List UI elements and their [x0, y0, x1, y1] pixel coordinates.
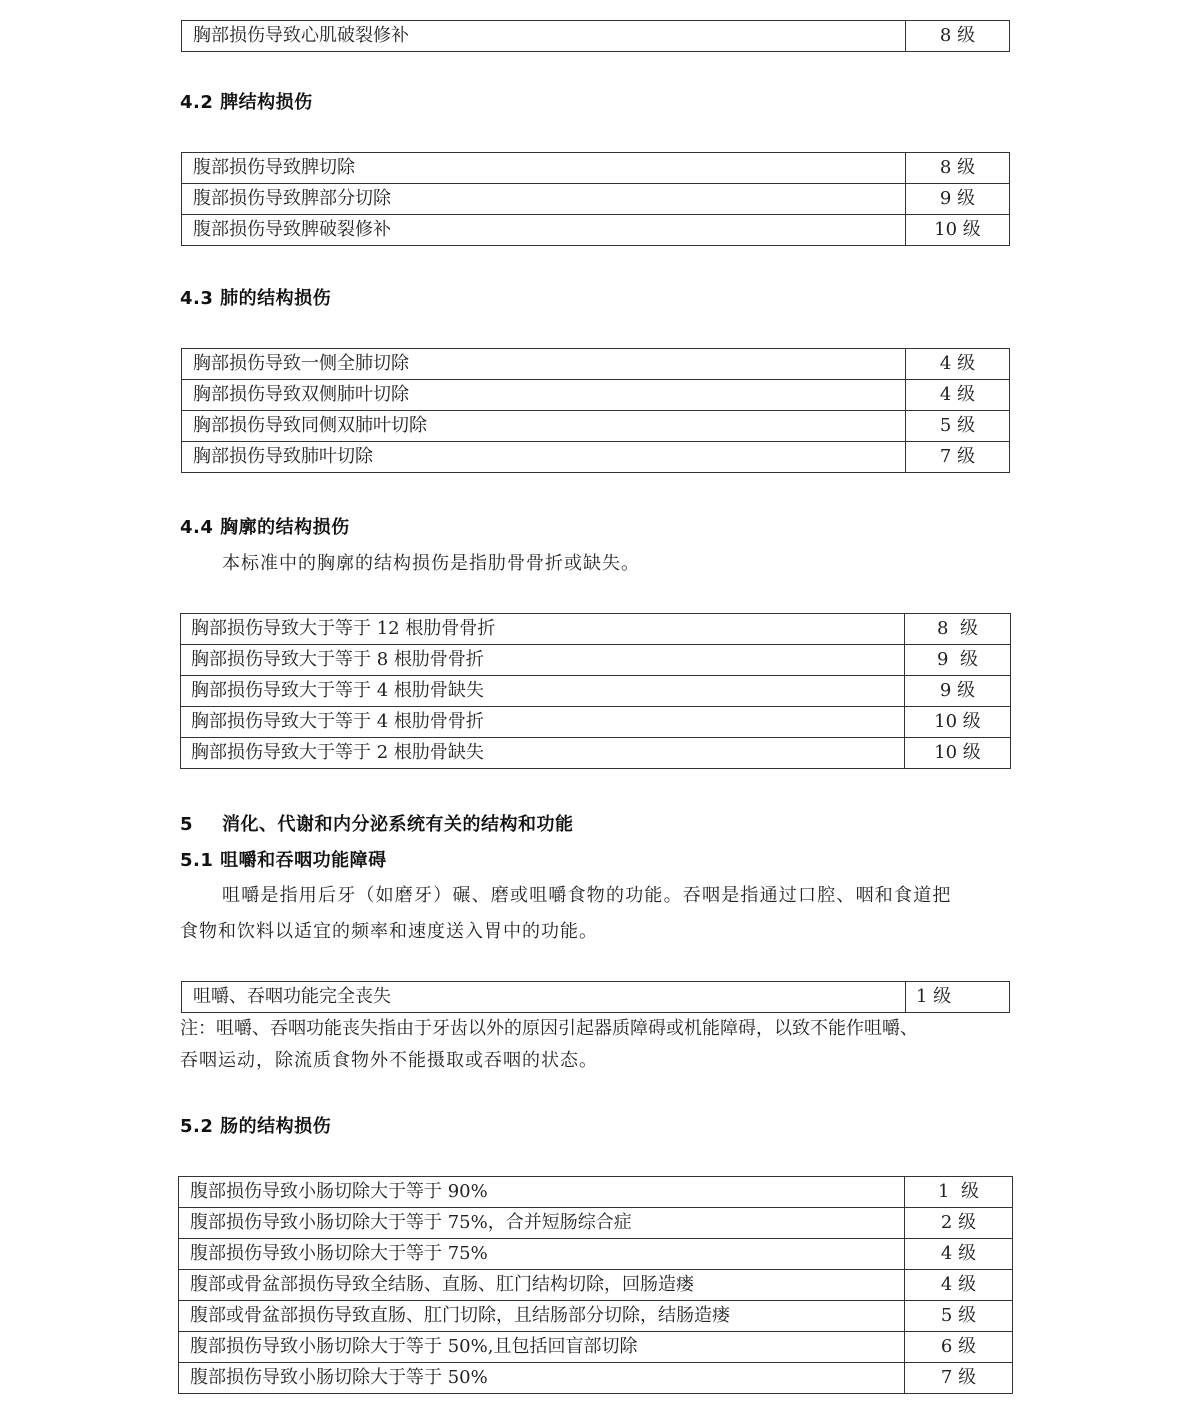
disability-grade: 6 级	[905, 1332, 1013, 1363]
table-row: 咀嚼、吞咽功能完全丧失 1 级	[182, 982, 1010, 1013]
table-row: 胸部损伤导致心肌破裂修补 8 级	[182, 21, 1010, 52]
disability-grade: 10 级	[905, 738, 1011, 769]
section-heading-5-2: 5.2 肠的结构损伤	[180, 1115, 331, 1139]
table-row: 胸部损伤导致大于等于 2 根肋骨缺失 10 级	[181, 738, 1011, 769]
disability-grade: 1 级	[905, 1177, 1013, 1208]
injury-description: 腹部损伤导致脾破裂修补	[182, 215, 906, 246]
table-row: 腹部损伤导致小肠切除大于等于 75%，合并短肠综合症 2 级	[179, 1208, 1013, 1239]
thorax-injury-table: 胸部损伤导致大于等于 12 根肋骨骨折 8 级 胸部损伤导致大于等于 8 根肋骨…	[180, 613, 1011, 769]
table-row: 胸部损伤导致大于等于 4 根肋骨骨折 10 级	[181, 707, 1011, 738]
disability-grade: 10 级	[906, 215, 1010, 246]
disability-grade: 10 级	[905, 707, 1011, 738]
chewing-swallowing-table: 咀嚼、吞咽功能完全丧失 1 级	[181, 981, 1010, 1013]
disability-grade: 4 级	[905, 1270, 1013, 1301]
section-heading-5: 消化、代谢和内分泌系统有关的结构和功能	[222, 813, 574, 837]
injury-description: 胸部损伤导致心肌破裂修补	[182, 21, 906, 52]
disability-grade: 2 级	[905, 1208, 1013, 1239]
injury-description: 腹部或骨盆部损伤导致直肠、肛门切除，且结肠部分切除，结肠造瘘	[179, 1301, 905, 1332]
intestine-injury-table: 腹部损伤导致小肠切除大于等于 90% 1 级 腹部损伤导致小肠切除大于等于 75…	[178, 1176, 1013, 1394]
section-heading-4-2: 4.2 脾结构损伤	[180, 91, 313, 115]
spleen-injury-table: 腹部损伤导致脾切除 8 级 腹部损伤导致脾部分切除 9 级 腹部损伤导致脾破裂修…	[181, 152, 1010, 246]
injury-description: 腹部损伤导致小肠切除大于等于 75%	[179, 1239, 905, 1270]
disability-grade: 9 级	[906, 184, 1010, 215]
table-row: 腹部或骨盆部损伤导致全结肠、直肠、肛门结构切除，回肠造瘘 4 级	[179, 1270, 1013, 1301]
disability-grade: 7 级	[906, 442, 1010, 473]
disability-grade: 8 级	[906, 21, 1010, 52]
section-intro-5-1-line1: 咀嚼是指用后牙（如磨牙）碾、磨或咀嚼食物的功能。吞咽是指通过口腔、咽和食道把	[222, 878, 952, 914]
injury-description: 腹部损伤导致小肠切除大于等于 50%	[179, 1363, 905, 1394]
disability-grade: 1 级	[906, 982, 1010, 1013]
table-row: 胸部损伤导致双侧肺叶切除 4 级	[182, 380, 1010, 411]
injury-description: 胸部损伤导致一侧全肺切除	[182, 349, 906, 380]
heart-injury-table: 胸部损伤导致心肌破裂修补 8 级	[181, 20, 1010, 52]
injury-description: 腹部或骨盆部损伤导致全结肠、直肠、肛门结构切除，回肠造瘘	[179, 1270, 905, 1301]
section-number-5: 5	[180, 813, 193, 837]
table-row: 胸部损伤导致大于等于 8 根肋骨骨折 9 级	[181, 645, 1011, 676]
section-heading-4-3: 4.3 肺的结构损伤	[180, 287, 331, 311]
section-heading-4-4: 4.4 胸廓的结构损伤	[180, 516, 350, 540]
note-line2: 吞咽运动，除流质食物外不能摄取或吞咽的状态。	[180, 1043, 598, 1079]
injury-description: 胸部损伤导致大于等于 12 根肋骨骨折	[181, 614, 905, 645]
disability-grade: 5 级	[905, 1301, 1013, 1332]
injury-description: 腹部损伤导致脾部分切除	[182, 184, 906, 215]
injury-description: 胸部损伤导致同侧双肺叶切除	[182, 411, 906, 442]
injury-description: 胸部损伤导致双侧肺叶切除	[182, 380, 906, 411]
table-row: 胸部损伤导致大于等于 4 根肋骨缺失 9 级	[181, 676, 1011, 707]
injury-description: 胸部损伤导致大于等于 2 根肋骨缺失	[181, 738, 905, 769]
section-intro-5-1-line2: 食物和饮料以适宜的频率和速度送入胃中的功能。	[180, 914, 598, 950]
table-row: 腹部损伤导致脾部分切除 9 级	[182, 184, 1010, 215]
injury-description: 腹部损伤导致小肠切除大于等于 75%，合并短肠综合症	[179, 1208, 905, 1239]
table-row: 胸部损伤导致肺叶切除 7 级	[182, 442, 1010, 473]
table-row: 腹部或骨盆部损伤导致直肠、肛门切除，且结肠部分切除，结肠造瘘 5 级	[179, 1301, 1013, 1332]
injury-description: 腹部损伤导致脾切除	[182, 153, 906, 184]
lung-injury-table: 胸部损伤导致一侧全肺切除 4 级 胸部损伤导致双侧肺叶切除 4 级 胸部损伤导致…	[181, 348, 1010, 473]
injury-description: 胸部损伤导致大于等于 4 根肋骨骨折	[181, 707, 905, 738]
table-row: 胸部损伤导致一侧全肺切除 4 级	[182, 349, 1010, 380]
disability-grade: 9 级	[905, 645, 1011, 676]
table-row: 腹部损伤导致脾破裂修补 10 级	[182, 215, 1010, 246]
disability-grade: 5 级	[906, 411, 1010, 442]
injury-description: 腹部损伤导致小肠切除大于等于 90%	[179, 1177, 905, 1208]
disability-grade: 4 级	[906, 380, 1010, 411]
injury-description: 咀嚼、吞咽功能完全丧失	[182, 982, 906, 1013]
table-row: 腹部损伤导致小肠切除大于等于 75% 4 级	[179, 1239, 1013, 1270]
section-heading-5-1: 5.1 咀嚼和吞咽功能障碍	[180, 849, 387, 873]
disability-grade: 8 级	[905, 614, 1011, 645]
table-row: 胸部损伤导致大于等于 12 根肋骨骨折 8 级	[181, 614, 1011, 645]
table-row: 腹部损伤导致小肠切除大于等于 90% 1 级	[179, 1177, 1013, 1208]
table-row: 腹部损伤导致脾切除 8 级	[182, 153, 1010, 184]
disability-grade: 4 级	[906, 349, 1010, 380]
note-line1: 注：咀嚼、吞咽功能丧失指由于牙齿以外的原因引起器质障碍或机能障碍，以致不能作咀嚼…	[180, 1011, 918, 1047]
injury-description: 胸部损伤导致大于等于 8 根肋骨骨折	[181, 645, 905, 676]
table-row: 腹部损伤导致小肠切除大于等于 50%,且包括回盲部切除 6 级	[179, 1332, 1013, 1363]
injury-description: 胸部损伤导致肺叶切除	[182, 442, 906, 473]
disability-grade: 9 级	[905, 676, 1011, 707]
injury-description: 胸部损伤导致大于等于 4 根肋骨缺失	[181, 676, 905, 707]
injury-description: 腹部损伤导致小肠切除大于等于 50%,且包括回盲部切除	[179, 1332, 905, 1363]
table-row: 胸部损伤导致同侧双肺叶切除 5 级	[182, 411, 1010, 442]
table-row: 腹部损伤导致小肠切除大于等于 50% 7 级	[179, 1363, 1013, 1394]
disability-grade: 8 级	[906, 153, 1010, 184]
disability-grade: 7 级	[905, 1363, 1013, 1394]
disability-grade: 4 级	[905, 1239, 1013, 1270]
section-intro-4-4: 本标准中的胸廓的结构损伤是指肋骨骨折或缺失。	[222, 546, 640, 582]
